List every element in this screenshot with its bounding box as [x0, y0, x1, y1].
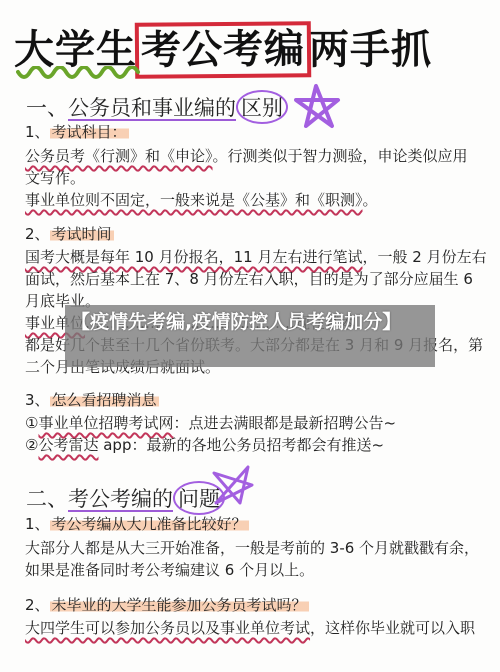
highlight: 怎么看招聘消息 — [50, 391, 159, 409]
text-line: 文写作。 — [25, 167, 85, 189]
star-icon — [210, 463, 256, 507]
text-line: 事业单位则不固定，一般来说是《公基》和《职测》。 — [25, 189, 378, 211]
text-line: 大四学生可以参加公务员以及事业单位考试，这样你毕业就可以入职 — [25, 617, 475, 639]
highlight: 考试科目： — [50, 123, 129, 141]
text-line: 如果是准备同时考公考编建议 6 个月以上。 — [25, 559, 314, 581]
green-squiggle-icon — [16, 66, 146, 82]
text-line: 国考大概是每年 10 月份报名，11 月左右进行笔试，一般 2 月份左右 — [25, 246, 487, 268]
section-1-circled: 区别 — [236, 90, 288, 124]
item-2-label: 2、考试时间 — [25, 223, 114, 245]
document-page: 大学生考公考编两手抓 一、公务员和事业编的区别 1、考试科目： 公务员考《行测》… — [0, 0, 500, 672]
overlay-banner: 【疫情先考编,疫情防控人员考编加分】 — [65, 305, 435, 367]
text-line: ②公考雷达 app：最新的各地公务员招考都会有推送~ — [25, 434, 384, 456]
title-suffix: 两手抓 — [309, 27, 432, 73]
section-2-heading: 二、考公考编的问题 — [26, 483, 225, 513]
section-1-title: 公务员和事业编的 — [68, 96, 236, 120]
item-1-label: 1、考公考编从大几准备比较好？ — [25, 513, 249, 535]
text-line: 面试，然后基本上在 7、8 月份左右入职，目的是为了部分应届生 6 — [25, 268, 473, 290]
section-1-heading: 一、公务员和事业编的区别 — [26, 92, 288, 122]
star-icon — [292, 82, 344, 132]
text-line: 公务员考《行测》和《申论》。行测类似于智力测验，申论类似应用 — [25, 145, 468, 167]
item-2-label: 2、未毕业的大学生能参加公务员考试吗？ — [25, 594, 309, 616]
title-boxed: 考公考编 — [135, 21, 311, 79]
text-line: ①事业单位招聘考试网：点进去满眼都是最新招聘公告~ — [25, 412, 396, 434]
item-1-label: 1、考试科目： — [25, 121, 129, 143]
item-3-label: 3、怎么看招聘消息 — [25, 389, 159, 411]
highlight: 考试时间 — [50, 225, 114, 243]
section-1-number: 一、 — [26, 96, 68, 120]
text-line: 大部分人都是从大三开始准备，一般是考前的 3-6 个月就戳戳有余， — [25, 537, 479, 559]
highlight: 未毕业的大学生能参加公务员考试吗？ — [50, 596, 309, 614]
highlight: 考公考编从大几准备比较好？ — [50, 515, 249, 533]
